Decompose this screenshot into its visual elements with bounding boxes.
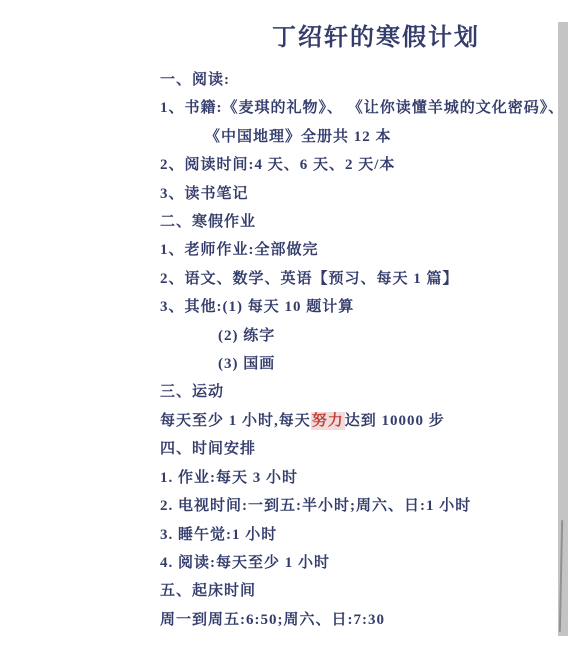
heading-sports: 三、运动: [160, 378, 560, 406]
heading-wakeup-time: 五、起床时间: [160, 577, 560, 605]
line-sports-goal: 每天至少 1 小时,每天努力达到 10000 步: [160, 407, 560, 435]
line-reading-notes: 3、读书笔记: [160, 180, 560, 208]
line-book-list-2: 《中国地理》全册共 12 本: [160, 123, 560, 151]
heading-reading: 一、阅读:: [160, 66, 560, 94]
sports-goal-after: 达到 10000 步: [345, 413, 445, 429]
line-daily-reading: 4. 阅读:每天至少 1 小时: [160, 549, 560, 577]
heading-winter-homework: 二、寒假作业: [160, 208, 560, 236]
line-book-list-1: 1、书籍:《麦琪的礼物》、 《让你读懂羊城的文化密码》、: [160, 94, 560, 122]
sports-goal-before: 每天至少 1 小时,每天: [160, 413, 311, 429]
photo-edge-strip: [558, 22, 568, 636]
line-nap-time: 3. 睡午觉:1 小时: [160, 521, 560, 549]
heading-time-schedule: 四、时间安排: [160, 435, 560, 463]
line-wakeup-schedule: 周一到周五:6:50;周六、日:7:30: [160, 606, 560, 634]
document-content: 一、阅读: 1、书籍:《麦琪的礼物》、 《让你读懂羊城的文化密码》、 《中国地理…: [160, 66, 560, 634]
line-tv-time: 2. 电视时间:一到五:半小时;周六、日:1 小时: [160, 492, 560, 520]
line-homework-hours: 1. 作业:每天 3 小时: [160, 464, 560, 492]
line-other-painting: (3) 国画: [160, 350, 560, 378]
sports-goal-highlight: 努力: [311, 412, 345, 430]
document-page: 丁绍轩的寒假计划 一、阅读: 1、书籍:《麦琪的礼物》、 《让你读懂羊城的文化密…: [0, 0, 568, 671]
line-subject-preview: 2、语文、数学、英语【预习、每天 1 篇】: [160, 265, 560, 293]
line-reading-time: 2、阅读时间:4 天、6 天、2 天/本: [160, 151, 560, 179]
line-other-calligraphy: (2) 练字: [160, 322, 560, 350]
page-title: 丁绍轩的寒假计划: [0, 22, 568, 54]
line-other-calculation: 3、其他:(1) 每天 10 题计算: [160, 293, 560, 321]
line-teacher-homework: 1、老师作业:全部做完: [160, 236, 560, 264]
